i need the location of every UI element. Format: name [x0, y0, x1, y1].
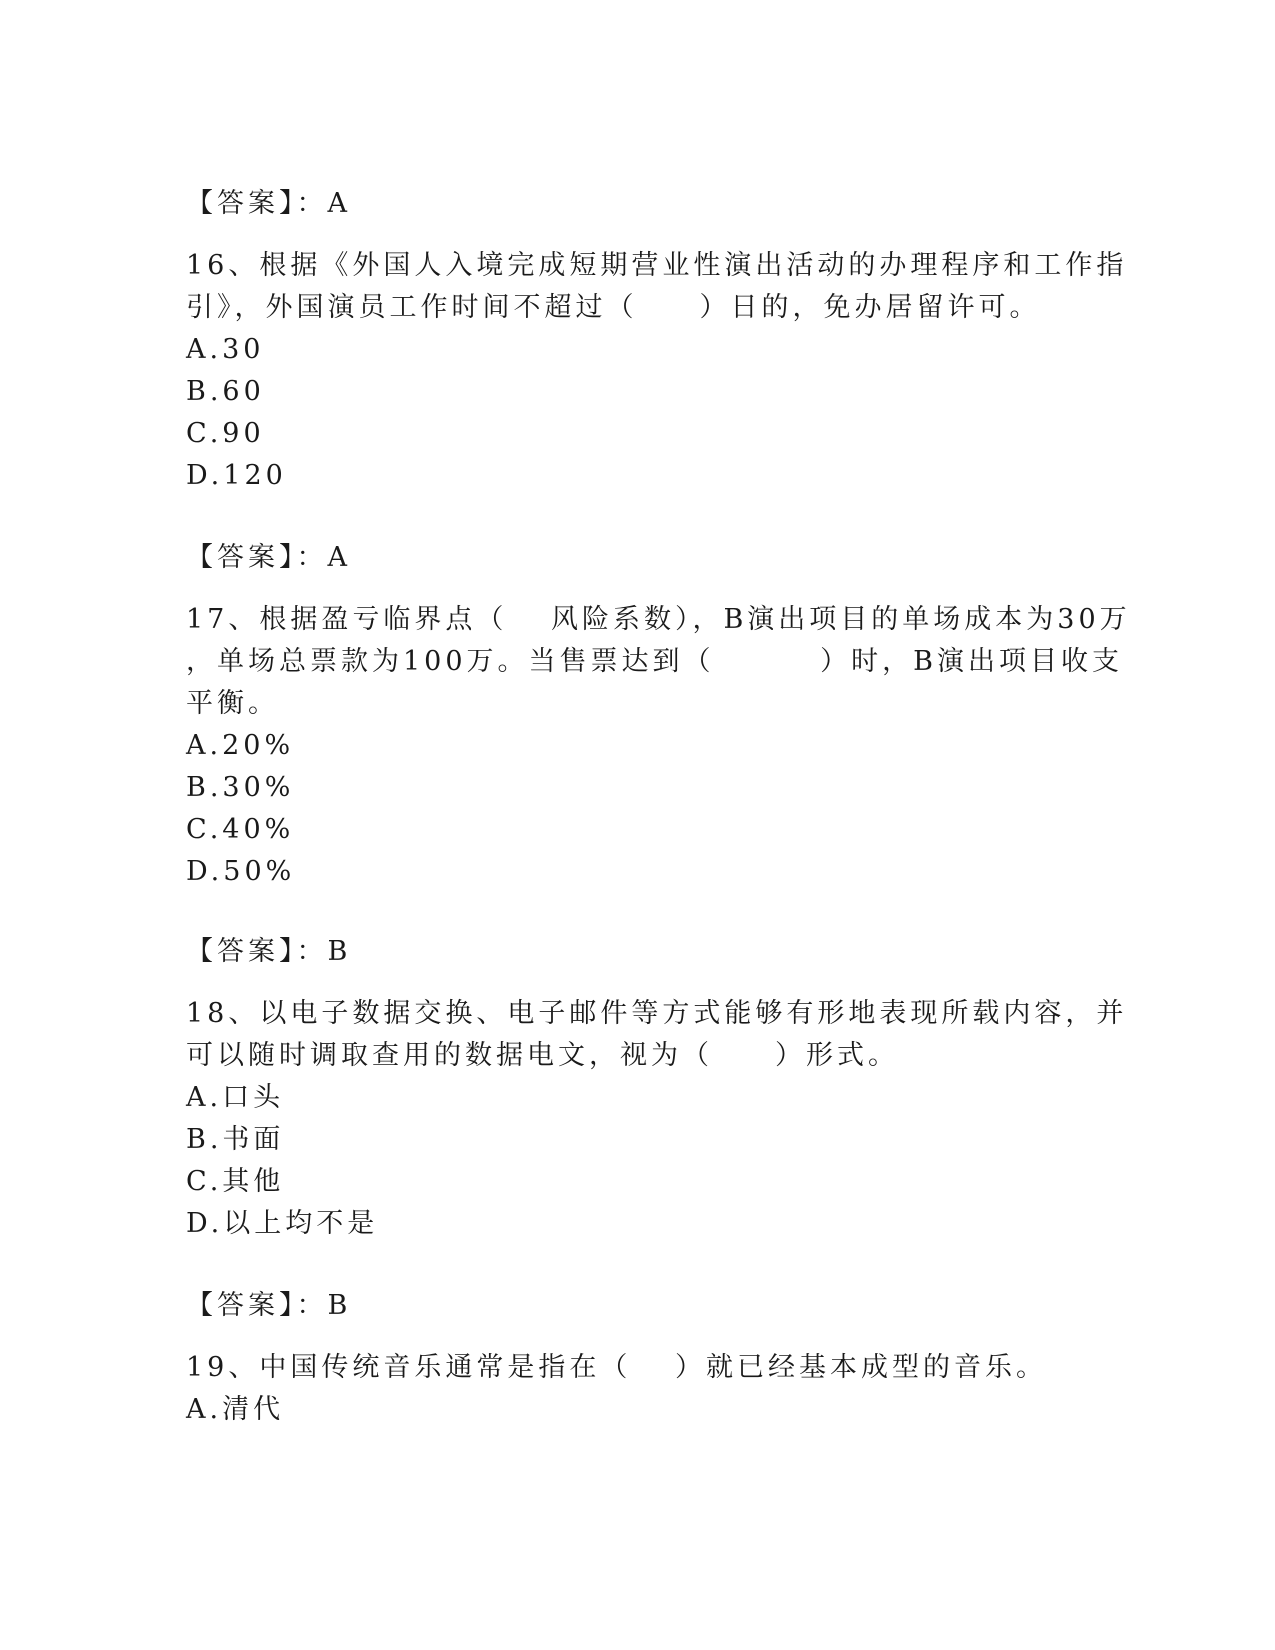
question-19-line-1: 19、中国传统音乐通常是指在（ ）就已经基本成型的音乐。	[186, 1350, 1047, 1386]
question-18-option-c: C.其他	[186, 1164, 284, 1200]
question-17-line-3: 平衡。	[186, 686, 279, 722]
question-17-option-d: D.50%	[186, 854, 295, 890]
answer-18: 【答案】：B	[186, 1288, 351, 1324]
question-16-option-c: C.90	[186, 416, 265, 452]
question-19-option-a: A.清代	[186, 1392, 284, 1428]
question-17-line-2: ，单场总票款为100万。当售票达到（ ）时，B演出项目收支	[186, 644, 1123, 680]
question-17-line-1: 17、根据盈亏临界点（ 风险系数），B演出项目的单场成本为30万	[186, 602, 1131, 638]
answer-17: 【答案】：B	[186, 934, 351, 970]
document-page: 【答案】：A 16、根据《外国人入境完成短期营业性演出活动的办理程序和工作指 引…	[0, 0, 1275, 1650]
question-16-line-1: 16、根据《外国人入境完成短期营业性演出活动的办理程序和工作指	[186, 248, 1127, 284]
question-18-option-b: B.书面	[186, 1122, 284, 1158]
question-18-line-2: 可以随时调取查用的数据电文，视为（ ）形式。	[186, 1038, 899, 1074]
question-18-option-d: D.以上均不是	[186, 1206, 378, 1242]
question-16-option-a: A.30	[186, 332, 264, 368]
question-16-line-2: 引》，外国演员工作时间不超过（ ）日的，免办居留许可。	[186, 290, 1041, 326]
question-17-option-a: A.20%	[186, 728, 294, 764]
answer-15: 【答案】：A	[186, 186, 351, 222]
question-18-option-a: A.口头	[186, 1080, 284, 1116]
answer-16: 【答案】：A	[186, 540, 351, 576]
question-17-option-c: C.40%	[186, 812, 294, 848]
question-16-option-b: B.60	[186, 374, 265, 410]
question-18-line-1: 18、以电子数据交换、电子邮件等方式能够有形地表现所载内容，并	[186, 996, 1127, 1032]
question-17-option-b: B.30%	[186, 770, 294, 806]
question-16-option-d: D.120	[186, 458, 287, 494]
